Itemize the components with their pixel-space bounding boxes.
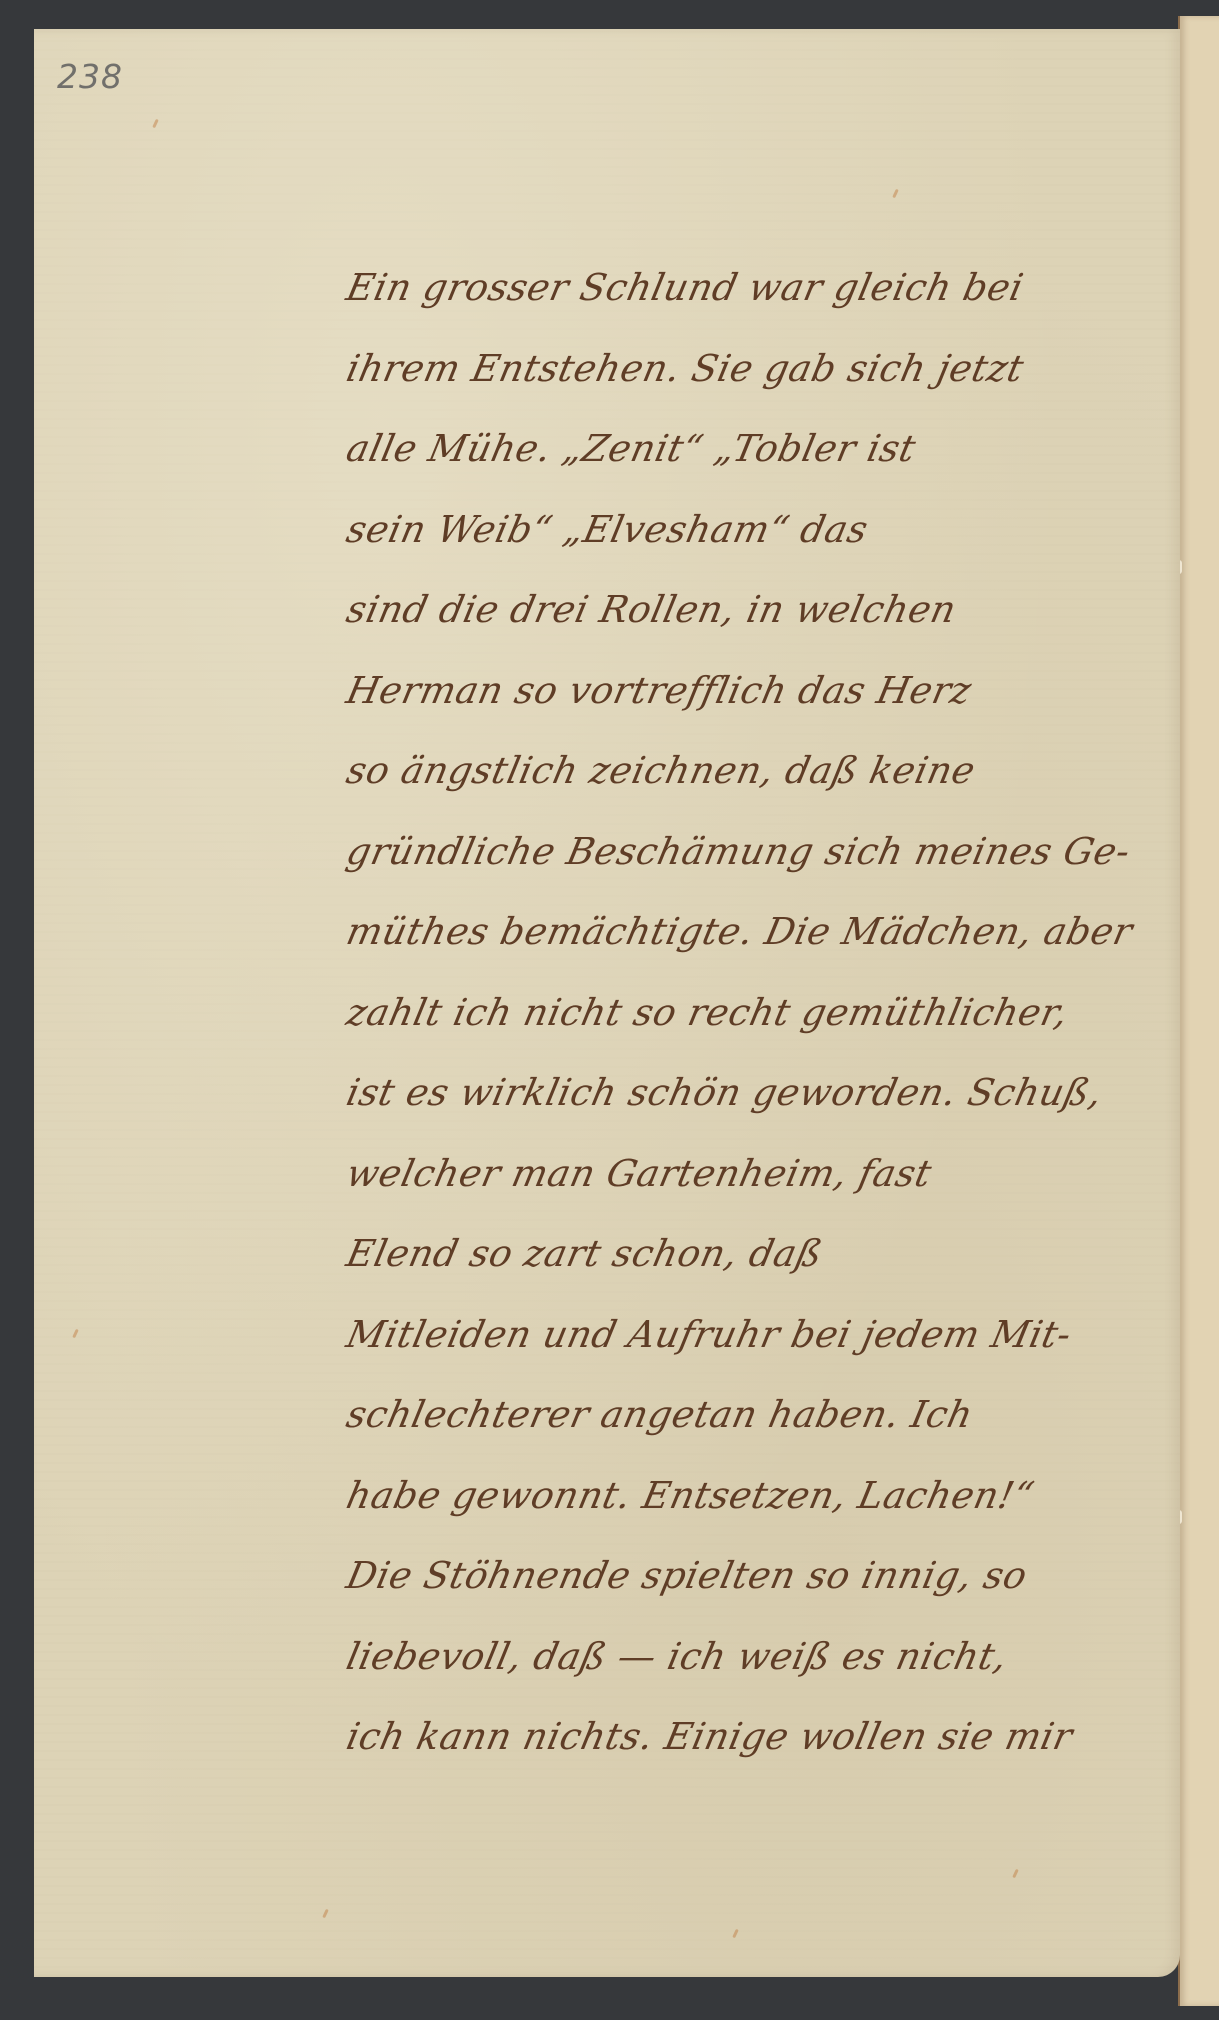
paper-foxing-spot	[72, 1329, 79, 1338]
adjacent-page-edge	[1178, 16, 1219, 2006]
handwritten-line: ihrem Entstehen. Sie gab sich jetzt	[336, 339, 1143, 420]
handwritten-line: Ein grosser Schlund war gleich bei	[336, 258, 1143, 339]
handwritten-text-block: Ein grosser Schlund war gleich bei ihrem…	[345, 258, 1135, 1788]
handwritten-line: zahlt ich nicht so recht gemüthlicher,	[336, 983, 1143, 1064]
handwritten-line: alle Mühe. „Zenit“ „Tobler ist	[336, 419, 1143, 500]
handwritten-line: sind die drei Rollen, in welchen	[336, 580, 1143, 661]
handwritten-line: Mitleiden und Aufruhr bei jedem Mit-	[336, 1305, 1143, 1386]
handwritten-line: liebevoll, daß — ich weiß es nicht,	[336, 1627, 1143, 1708]
paper-foxing-spot	[892, 189, 899, 198]
handwritten-line: schlechterer angetan haben. Ich	[336, 1385, 1143, 1466]
handwritten-line: welcher man Gartenheim, fast	[336, 1144, 1143, 1225]
handwritten-line: sein Weib“ „Elvesham“ das	[336, 500, 1143, 581]
paper-foxing-spot	[152, 119, 159, 128]
handwritten-line: Die Stöhnende spielten so innig, so	[336, 1546, 1143, 1627]
handwritten-line: Herman so vortrefflich das Herz	[336, 661, 1143, 742]
handwritten-line: gründliche Beschämung sich meines Ge-	[336, 822, 1143, 903]
handwritten-line: habe gewonnt. Entsetzen, Lachen!“	[336, 1466, 1143, 1547]
folio-number: 238	[57, 57, 123, 96]
paper-foxing-spot	[1012, 1869, 1019, 1878]
paper-foxing-spot	[322, 1909, 329, 1918]
handwritten-line: so ängstlich zeichnen, daß keine	[336, 741, 1143, 822]
handwritten-line: müthes bemächtigte. Die Mädchen, aber	[336, 902, 1143, 983]
handwritten-line: Elend so zart schon, daß	[336, 1224, 1143, 1305]
paper-foxing-spot	[732, 1929, 739, 1938]
handwritten-line: ist es wirklich schön geworden. Schuß,	[336, 1063, 1143, 1144]
handwritten-line: ich kann nichts. Einige wollen sie mir	[336, 1707, 1143, 1788]
